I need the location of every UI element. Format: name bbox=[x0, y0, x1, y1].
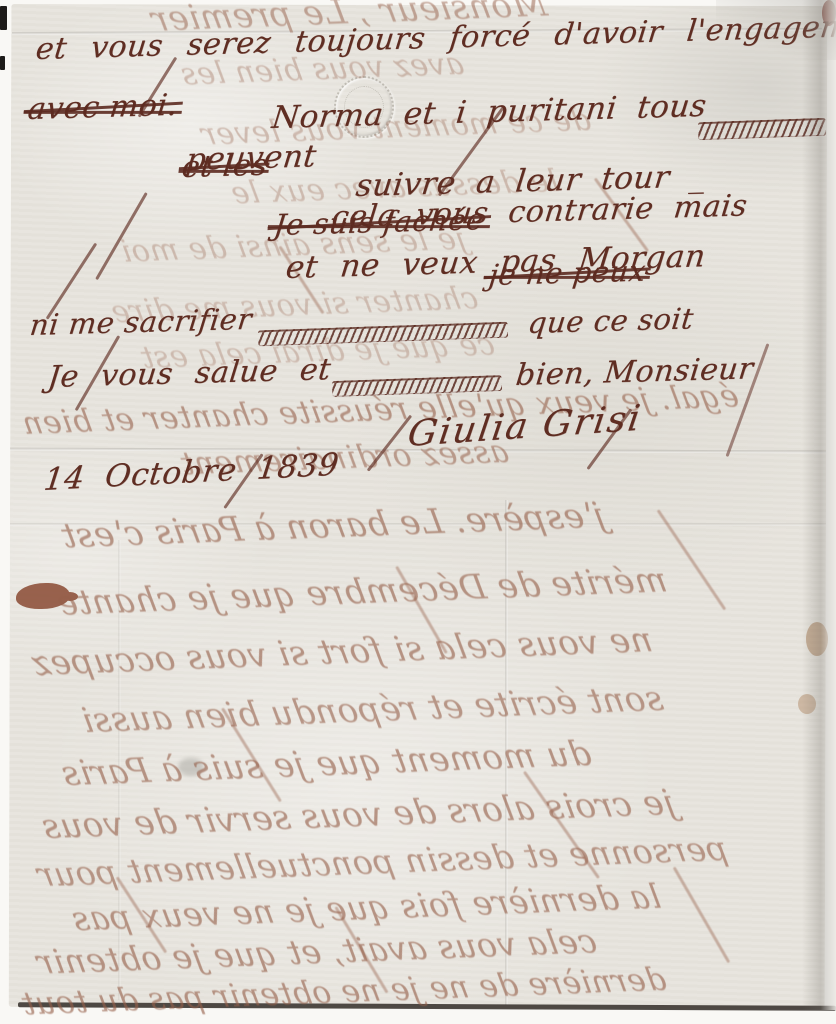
letter-line: peuvent bbox=[184, 138, 318, 178]
letter-line-struck: avec moi. bbox=[26, 88, 180, 127]
letter-scan: Monsieur , Le premier avez vous bien les… bbox=[0, 0, 836, 1024]
page-curl-shadow bbox=[802, 0, 836, 1010]
scan-edge-mark bbox=[0, 56, 5, 70]
letter-line: que ce soit bbox=[526, 301, 695, 340]
scan-edge-mark bbox=[0, 6, 7, 30]
letter-line: bien, Monsieur bbox=[514, 351, 755, 393]
page-curl-shadow bbox=[716, 0, 836, 60]
letter-line: ni me sacrifier bbox=[28, 302, 254, 342]
